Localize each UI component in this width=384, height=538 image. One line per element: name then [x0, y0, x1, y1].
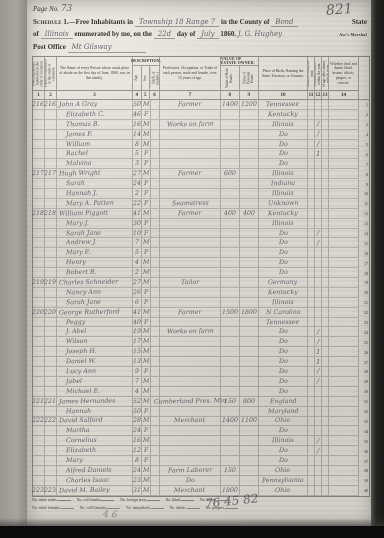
cell-n-row28: 28 [359, 367, 369, 377]
column-header-school: Attended School within the year.12 [315, 57, 322, 99]
value-pe-row31: 800 [243, 398, 255, 405]
column-header-line-numbers [359, 57, 369, 99]
value-age-row29: 7 [135, 378, 139, 385]
cell-sex-row39: M [142, 476, 151, 486]
cell-sex-row16: F [142, 248, 151, 258]
cell-m-row17 [308, 258, 315, 268]
cell-age-row35: 16 [133, 436, 142, 446]
cell-col-row29 [151, 377, 160, 387]
cell-age-row23: 40 [133, 318, 142, 328]
cell-age-row25: 17 [133, 337, 142, 347]
cell-pe-row10 [240, 189, 259, 199]
cell-r-row10 [322, 189, 329, 199]
cell-dw-row26 [33, 347, 45, 357]
cell-s-row12 [315, 209, 322, 219]
cell-fam-row9 [45, 179, 57, 189]
cell-rem-row10 [329, 189, 359, 199]
cell-sex-row19: M [142, 278, 151, 288]
page-no-label: Page No. [33, 5, 59, 13]
cell-occ-row20 [160, 288, 221, 298]
value-birth-row7: Do [279, 160, 288, 167]
cell-name-row28: Lucy Ann [57, 367, 133, 377]
cell-m-row19 [308, 278, 315, 288]
census-row-27: Daniel W.13MDo127 [33, 357, 369, 367]
cell-birth-row7: Do [259, 159, 308, 169]
cell-dw-row11 [33, 199, 45, 209]
cell-n-row39: 39 [359, 476, 369, 486]
cell-re-row33: 1400 [221, 417, 240, 427]
cell-r-row7 [322, 159, 329, 169]
column-number-description-4: 4 [133, 90, 141, 99]
cell-age-row1: 50 [133, 100, 142, 110]
census-row-38: Alfred Daniels24MFarm Laborer150Ohio38 [33, 466, 369, 476]
cell-re-row27 [221, 357, 240, 367]
cell-m-row21 [308, 298, 315, 308]
cell-age-row34: 24 [133, 426, 142, 436]
cell-sex-row34: F [142, 426, 151, 436]
value-age-row30: 4 [135, 388, 139, 395]
table-header-row: Dwelling-houses numbered in the order of… [33, 57, 369, 100]
cell-name-row9: Sarah [57, 179, 133, 189]
value-birth-row38: Ohio [275, 467, 290, 474]
cell-name-row15: Andrew J. [57, 238, 133, 248]
cell-s-row11 [315, 199, 322, 209]
cell-m-row9 [308, 179, 315, 189]
cell-col-row7 [151, 159, 160, 169]
cell-occ-row16 [160, 248, 221, 258]
title-line-1: Schedule 1.—Free Inhabitants in Township… [33, 18, 367, 27]
cell-occ-row12: Farmer [160, 209, 221, 219]
cell-occ-row17 [160, 258, 221, 268]
census-row-35: Cornelius16MIllinois/35 [33, 436, 369, 446]
cell-fam-row18 [45, 268, 57, 278]
cell-birth-row38: Ohio [259, 466, 308, 476]
cell-age-row11: 22 [133, 199, 142, 209]
cell-age-row38: 24 [133, 466, 142, 476]
cell-fam-row26 [45, 347, 57, 357]
cell-col-row20 [151, 288, 160, 298]
cell-re-row10 [221, 189, 240, 199]
column-label-value-8: Value of Real Estate. [221, 66, 239, 90]
cell-age-row17: 4 [133, 258, 142, 268]
cell-rem-row21 [329, 298, 359, 308]
column-label-description-6: Color (White, black, or mulatto.) [150, 66, 159, 90]
cell-name-row27: Daniel W. [57, 357, 133, 367]
cell-re-row9 [221, 179, 240, 189]
cell-fam-row23 [45, 318, 57, 328]
cell-rem-row31 [329, 397, 359, 407]
cell-name-row29: Jabel [57, 377, 133, 387]
column-label-cannot-read: Persons over 20 y'rs of age who cannot r… [322, 57, 328, 90]
cell-sex-row14: F [142, 229, 151, 239]
cell-pe-row33: 1100 [240, 417, 259, 427]
value-age-row33: 28 [133, 417, 141, 424]
cell-fam-row8: 217 [45, 169, 57, 179]
value-sex-row27: M [143, 358, 150, 365]
census-row-21: Sarah Jane6FIllinois21 [33, 298, 369, 308]
value-age-row1: 50 [133, 101, 141, 108]
cell-re-row17 [221, 258, 240, 268]
cell-n-row8: 8 [359, 169, 369, 179]
cell-s-row6: 1 [315, 149, 322, 159]
cell-col-row3 [151, 120, 160, 130]
cell-n-row27: 27 [359, 357, 369, 367]
census-row-23: Peggy40FTennessee23 [33, 318, 369, 328]
value-name-row31: James Hernandes [59, 397, 115, 405]
value-name-row9: Sarah [66, 180, 85, 187]
cell-rem-row39 [329, 476, 359, 486]
footer-stat-blank-line1-1 [58, 497, 71, 501]
value-birth-row19: Germany [268, 279, 297, 287]
column-header-name: The Name of every Person whose usual pla… [57, 57, 133, 99]
value-sex-row3: M [143, 121, 150, 128]
column-number-description-6: 6 [150, 90, 159, 99]
cell-s-row4: / [315, 130, 322, 140]
value-dw-row8: 217 [32, 170, 44, 177]
cell-pe-row11 [240, 199, 259, 209]
cell-pe-row32 [240, 407, 259, 417]
cell-n-row23: 23 [359, 318, 369, 328]
assistant-signature: J. G. Hughey [238, 30, 282, 38]
footer-stat-blank-line1-3 [147, 497, 160, 501]
cell-age-row40: 31 [133, 486, 142, 496]
cell-sex-row32: F [142, 407, 151, 417]
census-row-7: Malvina3FDo7 [33, 159, 369, 169]
cell-occ-row5 [160, 140, 221, 150]
cell-s-row38 [315, 466, 322, 476]
cell-age-row39: 23 [133, 476, 142, 486]
cell-dw-row39 [33, 476, 45, 486]
footer-stat-line2-4: No. idiotic, [170, 505, 200, 510]
cell-r-row39 [322, 476, 329, 486]
cell-dw-row35 [33, 436, 45, 446]
value-sex-row18: M [143, 269, 150, 276]
cell-sex-row23: F [142, 318, 151, 328]
cell-s-row9 [315, 179, 322, 189]
cell-r-row26 [322, 347, 329, 357]
cell-rem-row30 [329, 387, 359, 397]
column-number-remarks: 14 [329, 90, 358, 99]
value-sex-row26: M [143, 348, 150, 355]
column-header-description-4: Age.4 [133, 66, 142, 99]
cell-m-row20 [308, 288, 315, 298]
value-occ-row40: Merchant [174, 486, 205, 494]
cell-m-row1 [308, 100, 315, 110]
cell-col-row6 [151, 149, 160, 159]
cell-occ-row8: Farmer [160, 169, 221, 179]
cell-pe-row1: 1200 [240, 100, 259, 110]
cell-re-row4 [221, 130, 240, 140]
cell-m-row30 [308, 387, 315, 397]
cell-pe-row12: 400 [240, 209, 259, 219]
census-row-34: Martha24FDo34 [33, 426, 369, 436]
cell-sex-row28: F [142, 367, 151, 377]
value-sex-row11: F [144, 200, 148, 207]
column-group-description: Description.Age.4Sex.5Color (White, blac… [133, 57, 160, 99]
cell-col-row11 [151, 199, 160, 209]
cell-age-row33: 28 [133, 417, 142, 427]
group-title-description: Description. [133, 57, 159, 66]
cell-re-row25 [221, 337, 240, 347]
cell-sex-row36: F [142, 446, 151, 456]
page-number-line: Page No. 73 821 [33, 4, 367, 15]
cell-n-row40: 40 [359, 486, 369, 496]
cell-rem-row23 [329, 318, 359, 328]
cell-occ-row25 [160, 337, 221, 347]
cell-s-row17 [315, 258, 322, 268]
value-name-row27: Daniel W. [66, 358, 96, 366]
cell-re-row14 [221, 229, 240, 239]
cell-dw-row4 [33, 130, 45, 140]
cell-m-row27 [308, 357, 315, 367]
cell-r-row36 [322, 446, 329, 456]
cell-fam-row7 [45, 159, 57, 169]
value-birth-row5: Do [279, 140, 288, 147]
cell-pe-row21 [240, 298, 259, 308]
cell-occ-row34 [160, 426, 221, 436]
cell-re-row6 [221, 149, 240, 159]
value-age-row4: 14 [133, 131, 141, 138]
value-age-row2: 46 [133, 111, 141, 118]
cell-sex-row33: M [142, 417, 151, 427]
value-birth-row15: Do [279, 239, 288, 246]
cell-s-row2 [315, 110, 322, 120]
value-sex-row35: M [143, 437, 150, 444]
cell-name-row2: Elizabeth C. [57, 110, 133, 120]
cell-sex-row17: M [142, 258, 151, 268]
value-age-row5: 8 [135, 140, 139, 147]
cell-re-row32 [221, 407, 240, 417]
cell-occ-row15 [160, 238, 221, 248]
value-age-row11: 22 [133, 200, 141, 207]
column-header-value-8: Value of Real Estate.8 [221, 66, 240, 99]
census-row-33: 222222David Salford28MMerchant14001100Oh… [33, 417, 369, 427]
value-pe-row22: 1800 [241, 309, 257, 316]
cell-n-row3: 3 [359, 120, 369, 130]
cell-s-row40 [315, 486, 322, 496]
county-value: Bond [271, 18, 297, 27]
cell-s-row20 [315, 288, 322, 298]
footer-stat-line1-1: No. white males, [32, 497, 71, 502]
cell-m-row24 [308, 327, 315, 337]
footer-stat-line2-3: No. naturalized, [126, 505, 163, 510]
value-name-row13: Mary J. [66, 219, 89, 226]
cell-col-row27 [151, 357, 160, 367]
cell-col-row1 [151, 100, 160, 110]
value-dw-row1: 216 [32, 101, 44, 108]
cell-n-row36: 36 [359, 446, 369, 456]
value-name-row24: J. Abel [66, 328, 86, 335]
census-row-32: Hannah50FMaryland32 [33, 407, 369, 417]
cell-dw-row5 [33, 140, 45, 150]
cell-sex-row22: M [142, 308, 151, 318]
cell-re-row3 [221, 120, 240, 130]
cell-n-row22: 22 [359, 308, 369, 318]
value-s-row4: / [317, 130, 319, 138]
cell-occ-row26 [160, 347, 221, 357]
value-sex-row14: F [144, 229, 148, 236]
census-row-22: 220220George Rutherford41MFarmer15001800… [33, 308, 369, 318]
value-sex-row37: F [144, 457, 148, 464]
cell-age-row14: 10 [133, 229, 142, 239]
cell-n-row11: 11 [359, 199, 369, 209]
value-sex-row15: M [143, 239, 150, 246]
cell-dw-row24 [33, 327, 45, 337]
value-dw-row19: 219 [32, 279, 44, 286]
value-age-row37: 8 [135, 457, 139, 464]
cell-n-row6: 6 [359, 149, 369, 159]
cell-s-row21 [315, 298, 322, 308]
cell-pe-row30 [240, 387, 259, 397]
value-birth-row34: Do [279, 427, 288, 434]
value-re-row31: 150 [224, 398, 236, 405]
footer-stat-line2-1: No. white females, [32, 505, 74, 510]
cell-n-row17: 17 [359, 258, 369, 268]
value-age-row6: 5 [135, 150, 139, 157]
cell-pe-row31: 800 [240, 397, 259, 407]
cell-rem-row25 [329, 337, 359, 347]
cell-pe-row36 [240, 446, 259, 456]
value-sex-row23: F [144, 318, 148, 325]
cell-occ-row22: Farmer [160, 308, 221, 318]
value-sex-row29: M [143, 378, 150, 385]
census-row-13: Mary J.30FIllinois13 [33, 219, 369, 229]
cell-pe-row34 [240, 426, 259, 436]
column-label-married: Married within the year. [308, 57, 314, 90]
value-sex-row17: M [143, 259, 150, 266]
cell-occ-row4 [160, 130, 221, 140]
cell-rem-row38 [329, 466, 359, 476]
value-occ-row22: Farmer [178, 308, 202, 315]
value-name-row37: Mary [66, 457, 83, 464]
cell-n-row4: 4 [359, 130, 369, 140]
cell-age-row19: 27 [133, 278, 142, 288]
cell-rem-row2 [329, 110, 359, 120]
census-row-2: Elizabeth C.46FKentucky2 [33, 110, 369, 120]
cell-r-row30 [322, 387, 329, 397]
cell-re-row1: 1400 [221, 100, 240, 110]
value-birth-row8: Illinois [272, 170, 294, 177]
cell-n-row38: 38 [359, 466, 369, 476]
footer-stat-blank-line1-4 [181, 497, 194, 501]
value-s-row15: / [317, 239, 319, 247]
footer-stat-label-line1-2: No. col'd males, [77, 498, 102, 502]
cell-re-row39 [221, 476, 240, 486]
value-age-row12: 41 [133, 210, 141, 217]
cell-r-row1 [322, 100, 329, 110]
cell-s-row32 [315, 407, 322, 417]
cell-name-row8: Hugh Wright [57, 169, 133, 179]
value-sex-row8: M [143, 170, 150, 177]
cell-name-row21: Sarah Jane [57, 298, 133, 308]
cell-pe-row16 [240, 248, 259, 258]
census-row-14: Sarah Jane10FDo/14 [33, 229, 369, 239]
cell-occ-row18 [160, 268, 221, 278]
cell-re-row20 [221, 288, 240, 298]
cell-n-row7: 7 [359, 159, 369, 169]
cell-occ-row13 [160, 219, 221, 229]
cell-m-row25 [308, 337, 315, 347]
cell-n-row12: 12 [359, 209, 369, 219]
cell-birth-row27: Do [259, 357, 308, 367]
totals-line-2: No. white females,No. col'd females,No. … [32, 505, 368, 510]
census-row-30: Michael E.4MDo30 [33, 387, 369, 397]
cell-s-row3: / [315, 120, 322, 130]
value-birth-row17: Do [279, 259, 288, 266]
value-name-row33: David Salford [59, 417, 103, 425]
cell-name-row33: David Salford [57, 417, 133, 427]
cell-re-row12: 400 [221, 209, 240, 219]
census-row-25: Wilson17MDo/25 [33, 337, 369, 347]
title-line-2: of Illinois enumerated by me, on the 22d… [33, 30, 367, 39]
footer-stat-blank-line2-4 [187, 505, 200, 509]
value-sex-row39: M [143, 477, 150, 484]
cell-r-row12 [322, 209, 329, 219]
cell-rem-row36 [329, 446, 359, 456]
cell-r-row28 [322, 367, 329, 377]
cell-occ-row6 [160, 149, 221, 159]
footer-stat-blank-line2-1 [61, 505, 74, 509]
cell-occ-row14 [160, 229, 221, 239]
value-birth-row3: Illinois [272, 121, 294, 128]
cell-birth-row30: Do [259, 387, 308, 397]
cell-r-row37 [322, 456, 329, 466]
census-row-6: Rachel5FDo16 [33, 149, 369, 159]
cell-fam-row6 [45, 149, 57, 159]
cell-age-row2: 46 [133, 110, 142, 120]
cell-age-row18: 2 [133, 268, 142, 278]
value-sex-row24: M [143, 328, 150, 335]
page-no-value: 73 [61, 4, 72, 14]
cell-name-row5: William [57, 140, 133, 150]
value-occ-row3: Works on farm [167, 120, 214, 128]
cell-pe-row24 [240, 327, 259, 337]
post-office-line: Post Office Mt Gilsway [33, 43, 367, 53]
column-label-school: Attended School within the year. [315, 57, 321, 90]
cell-fam-row4 [45, 130, 57, 140]
value-sex-row4: M [143, 131, 150, 138]
cell-fam-row22: 220 [45, 308, 57, 318]
free-inhabitants-label: —Free Inhabitants in [69, 18, 133, 26]
value-birth-row26: Do [279, 348, 288, 355]
value-fam-row40: 223 [44, 487, 56, 494]
cell-r-row25 [322, 337, 329, 347]
value-s-row36: / [317, 447, 319, 455]
cell-fam-row24 [45, 327, 57, 337]
value-sex-row12: M [143, 210, 150, 217]
cell-fam-row19: 219 [45, 278, 57, 288]
cell-age-row9: 24 [133, 179, 142, 189]
census-row-8: 217217Hugh Wright27MFarmer600Illinois8 [33, 169, 369, 179]
census-row-26: Joseph H.15MDo126 [33, 347, 369, 357]
cell-m-row33 [308, 417, 315, 427]
cell-sex-row26: M [142, 347, 151, 357]
cell-name-row14: Sarah Jane [57, 229, 133, 239]
cell-birth-row39: Pennsylvania [259, 476, 308, 486]
value-sex-row34: F [144, 427, 148, 434]
cell-pe-row35 [240, 436, 259, 446]
cell-occ-row11: Seamstress [160, 199, 221, 209]
value-birth-row35: Illinois [272, 437, 294, 444]
cell-rem-row37 [329, 456, 359, 466]
value-pe-row33: 1100 [241, 417, 257, 424]
cell-m-row10 [308, 189, 315, 199]
year-label: 1860. [220, 30, 236, 38]
cell-col-row17 [151, 258, 160, 268]
census-row-19: 219219Charles Schneider27MTailorGermany1… [33, 278, 369, 288]
cell-r-row5 [322, 140, 329, 150]
cell-s-row26: 1 [315, 347, 322, 357]
